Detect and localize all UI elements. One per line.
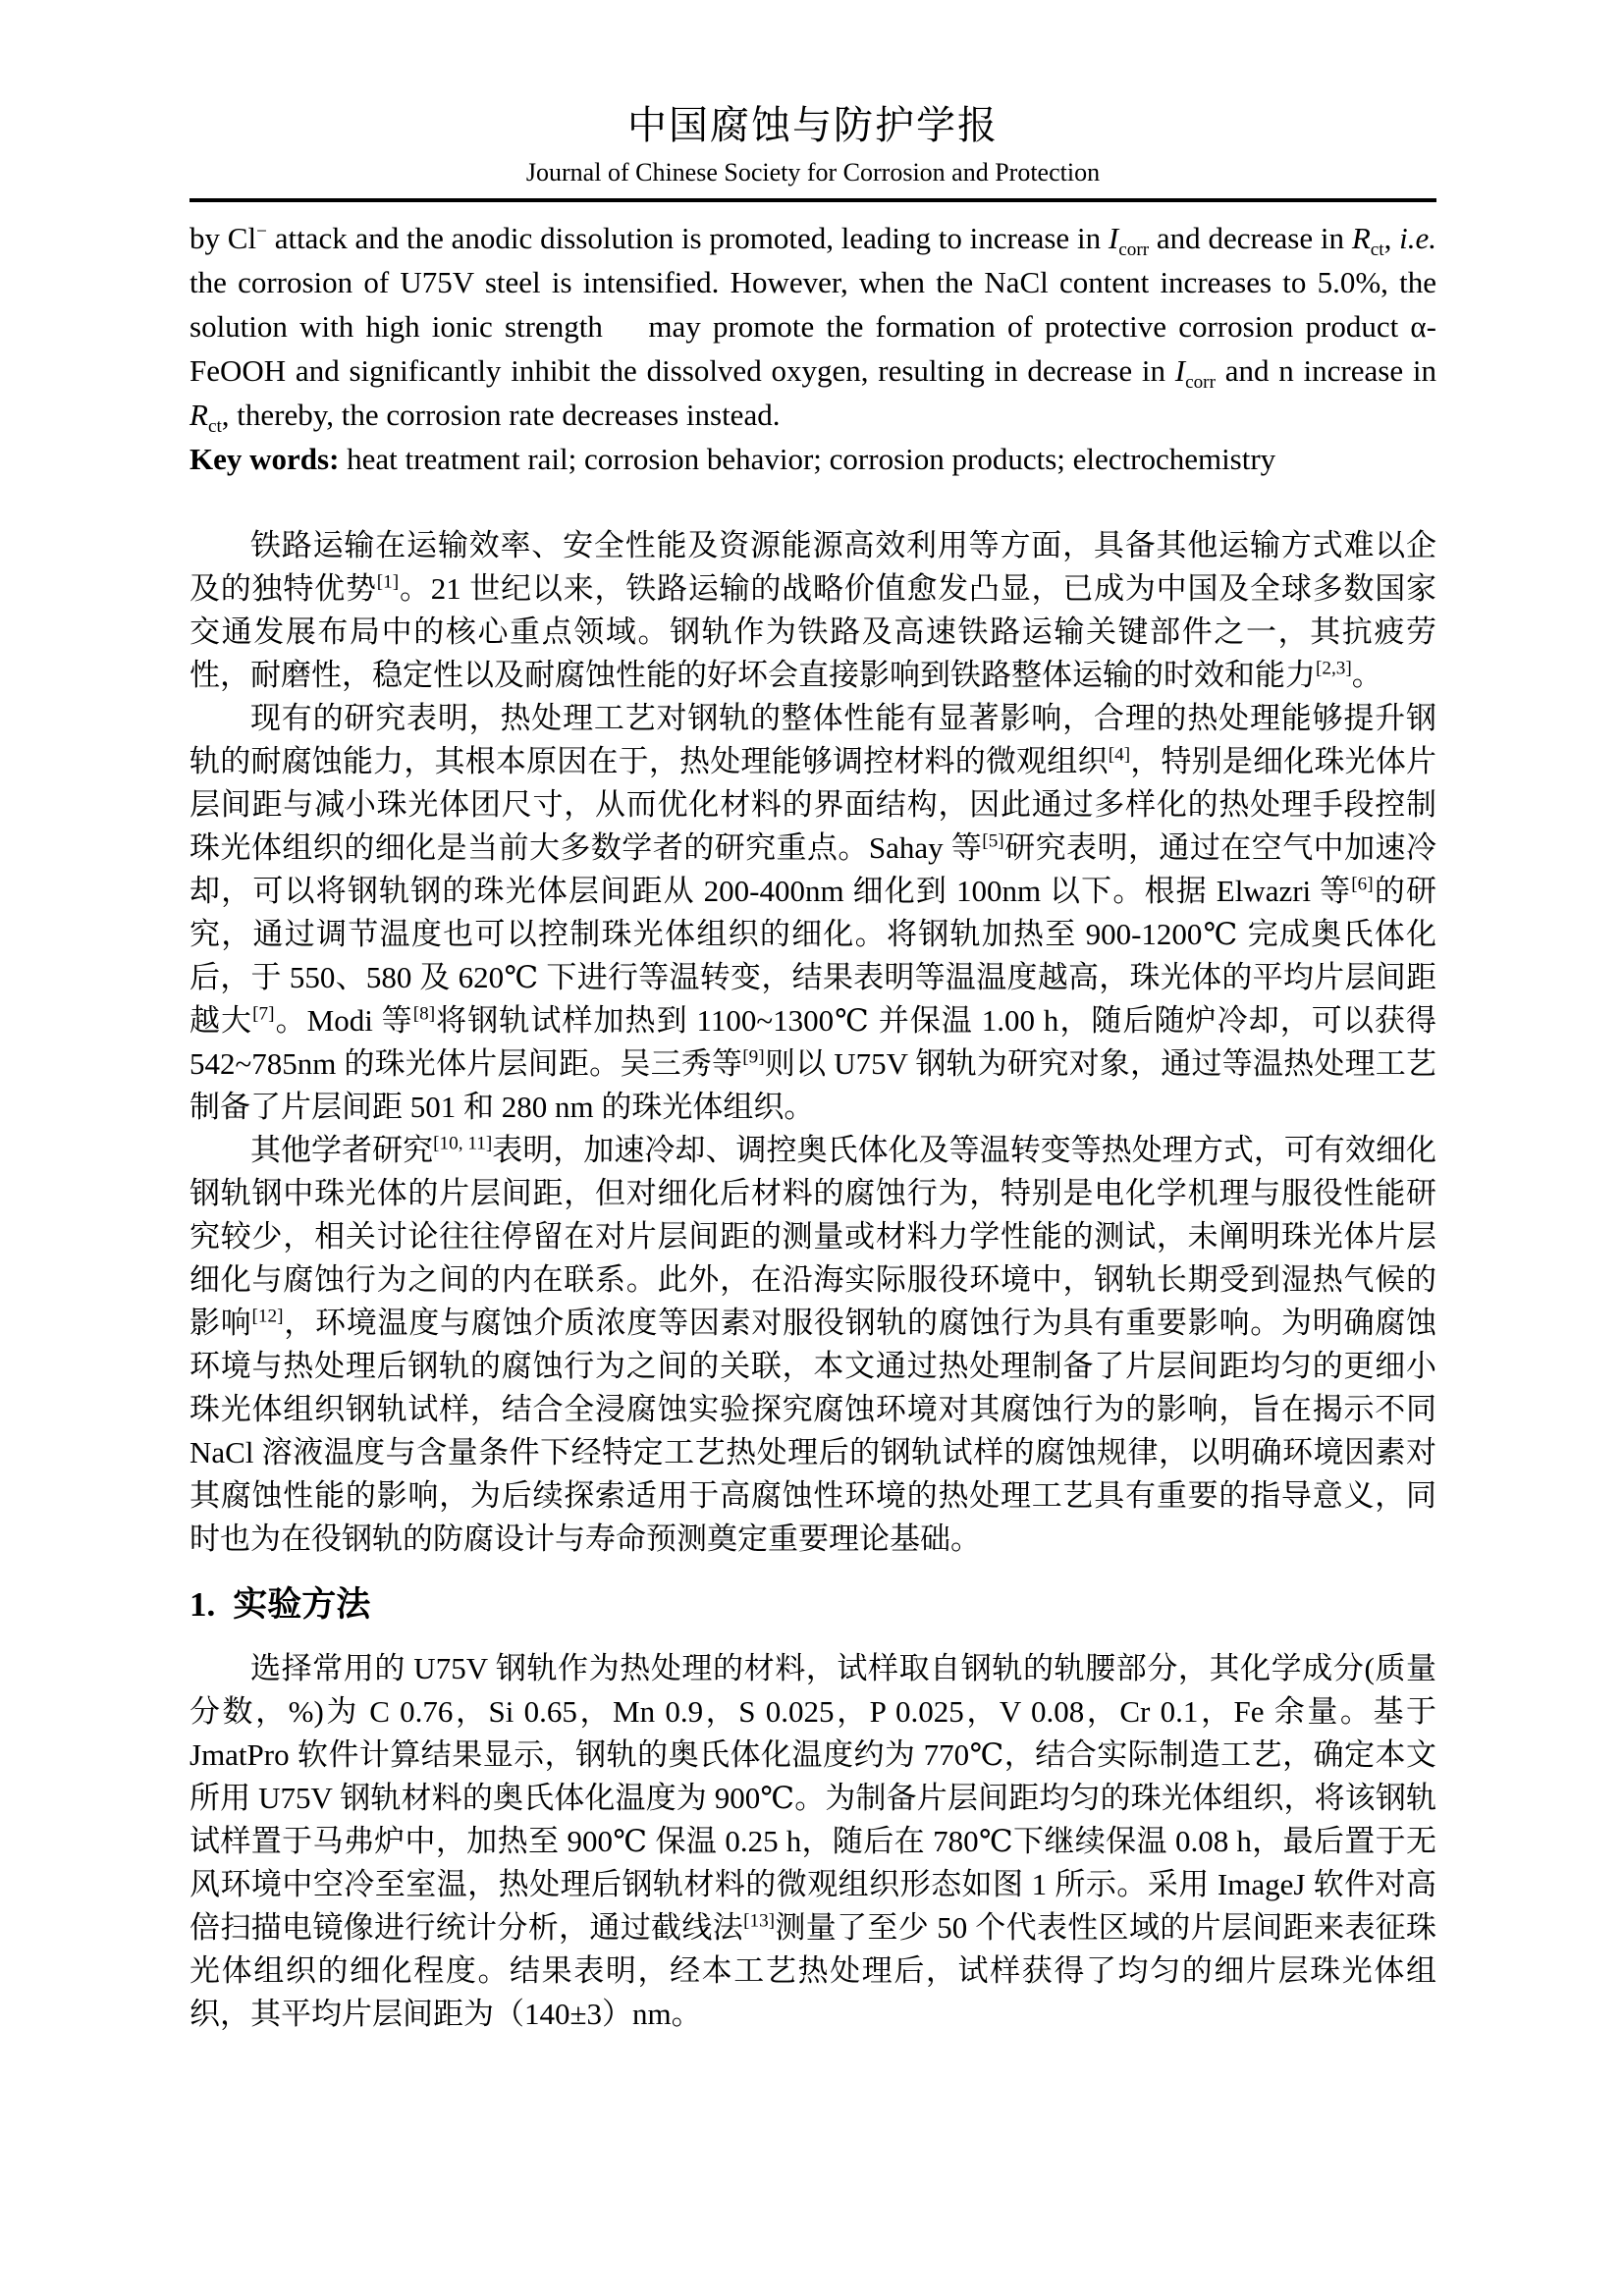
journal-subtitle: Journal of Chinese Society for Corrosion… [189,157,1436,188]
section-1-title: 实验方法 [233,1585,370,1624]
section-1-number: 1. [189,1585,215,1624]
abstract-continuation-paragraph: by Cl− attack and the anodic dissolution… [189,216,1436,437]
intro-paragraph-3: 其他学者研究[10, 11]表明，加速冷却、调控奥氏体化及等温转变等热处理方式，… [189,1129,1436,1561]
document-page: 中国腐蚀与防护学报 Journal of Chinese Society for… [0,0,1624,2296]
keywords-paragraph: Key words: heat treatment rail; corrosio… [189,437,1436,481]
journal-title: 中国腐蚀与防护学报 [189,100,1436,151]
header-rule [189,198,1436,202]
section-1-heading: 1.实验方法 [189,1582,1436,1628]
introduction-section: 铁路运输在运输效率、安全性能及资源能源高效利用等方面，具备其他运输方式难以企及的… [189,524,1436,1561]
intro-paragraph-1: 铁路运输在运输效率、安全性能及资源能源高效利用等方面，具备其他运输方式难以企及的… [189,524,1436,697]
method-paragraph-1: 选择常用的 U75V 钢轨作为热处理的材料，试样取自钢轨的轨腰部分，其化学成分(… [189,1647,1436,2036]
intro-paragraph-2: 现有的研究表明，热处理工艺对钢轨的整体性能有显著影响，合理的热处理能够提升钢轨的… [189,697,1436,1129]
